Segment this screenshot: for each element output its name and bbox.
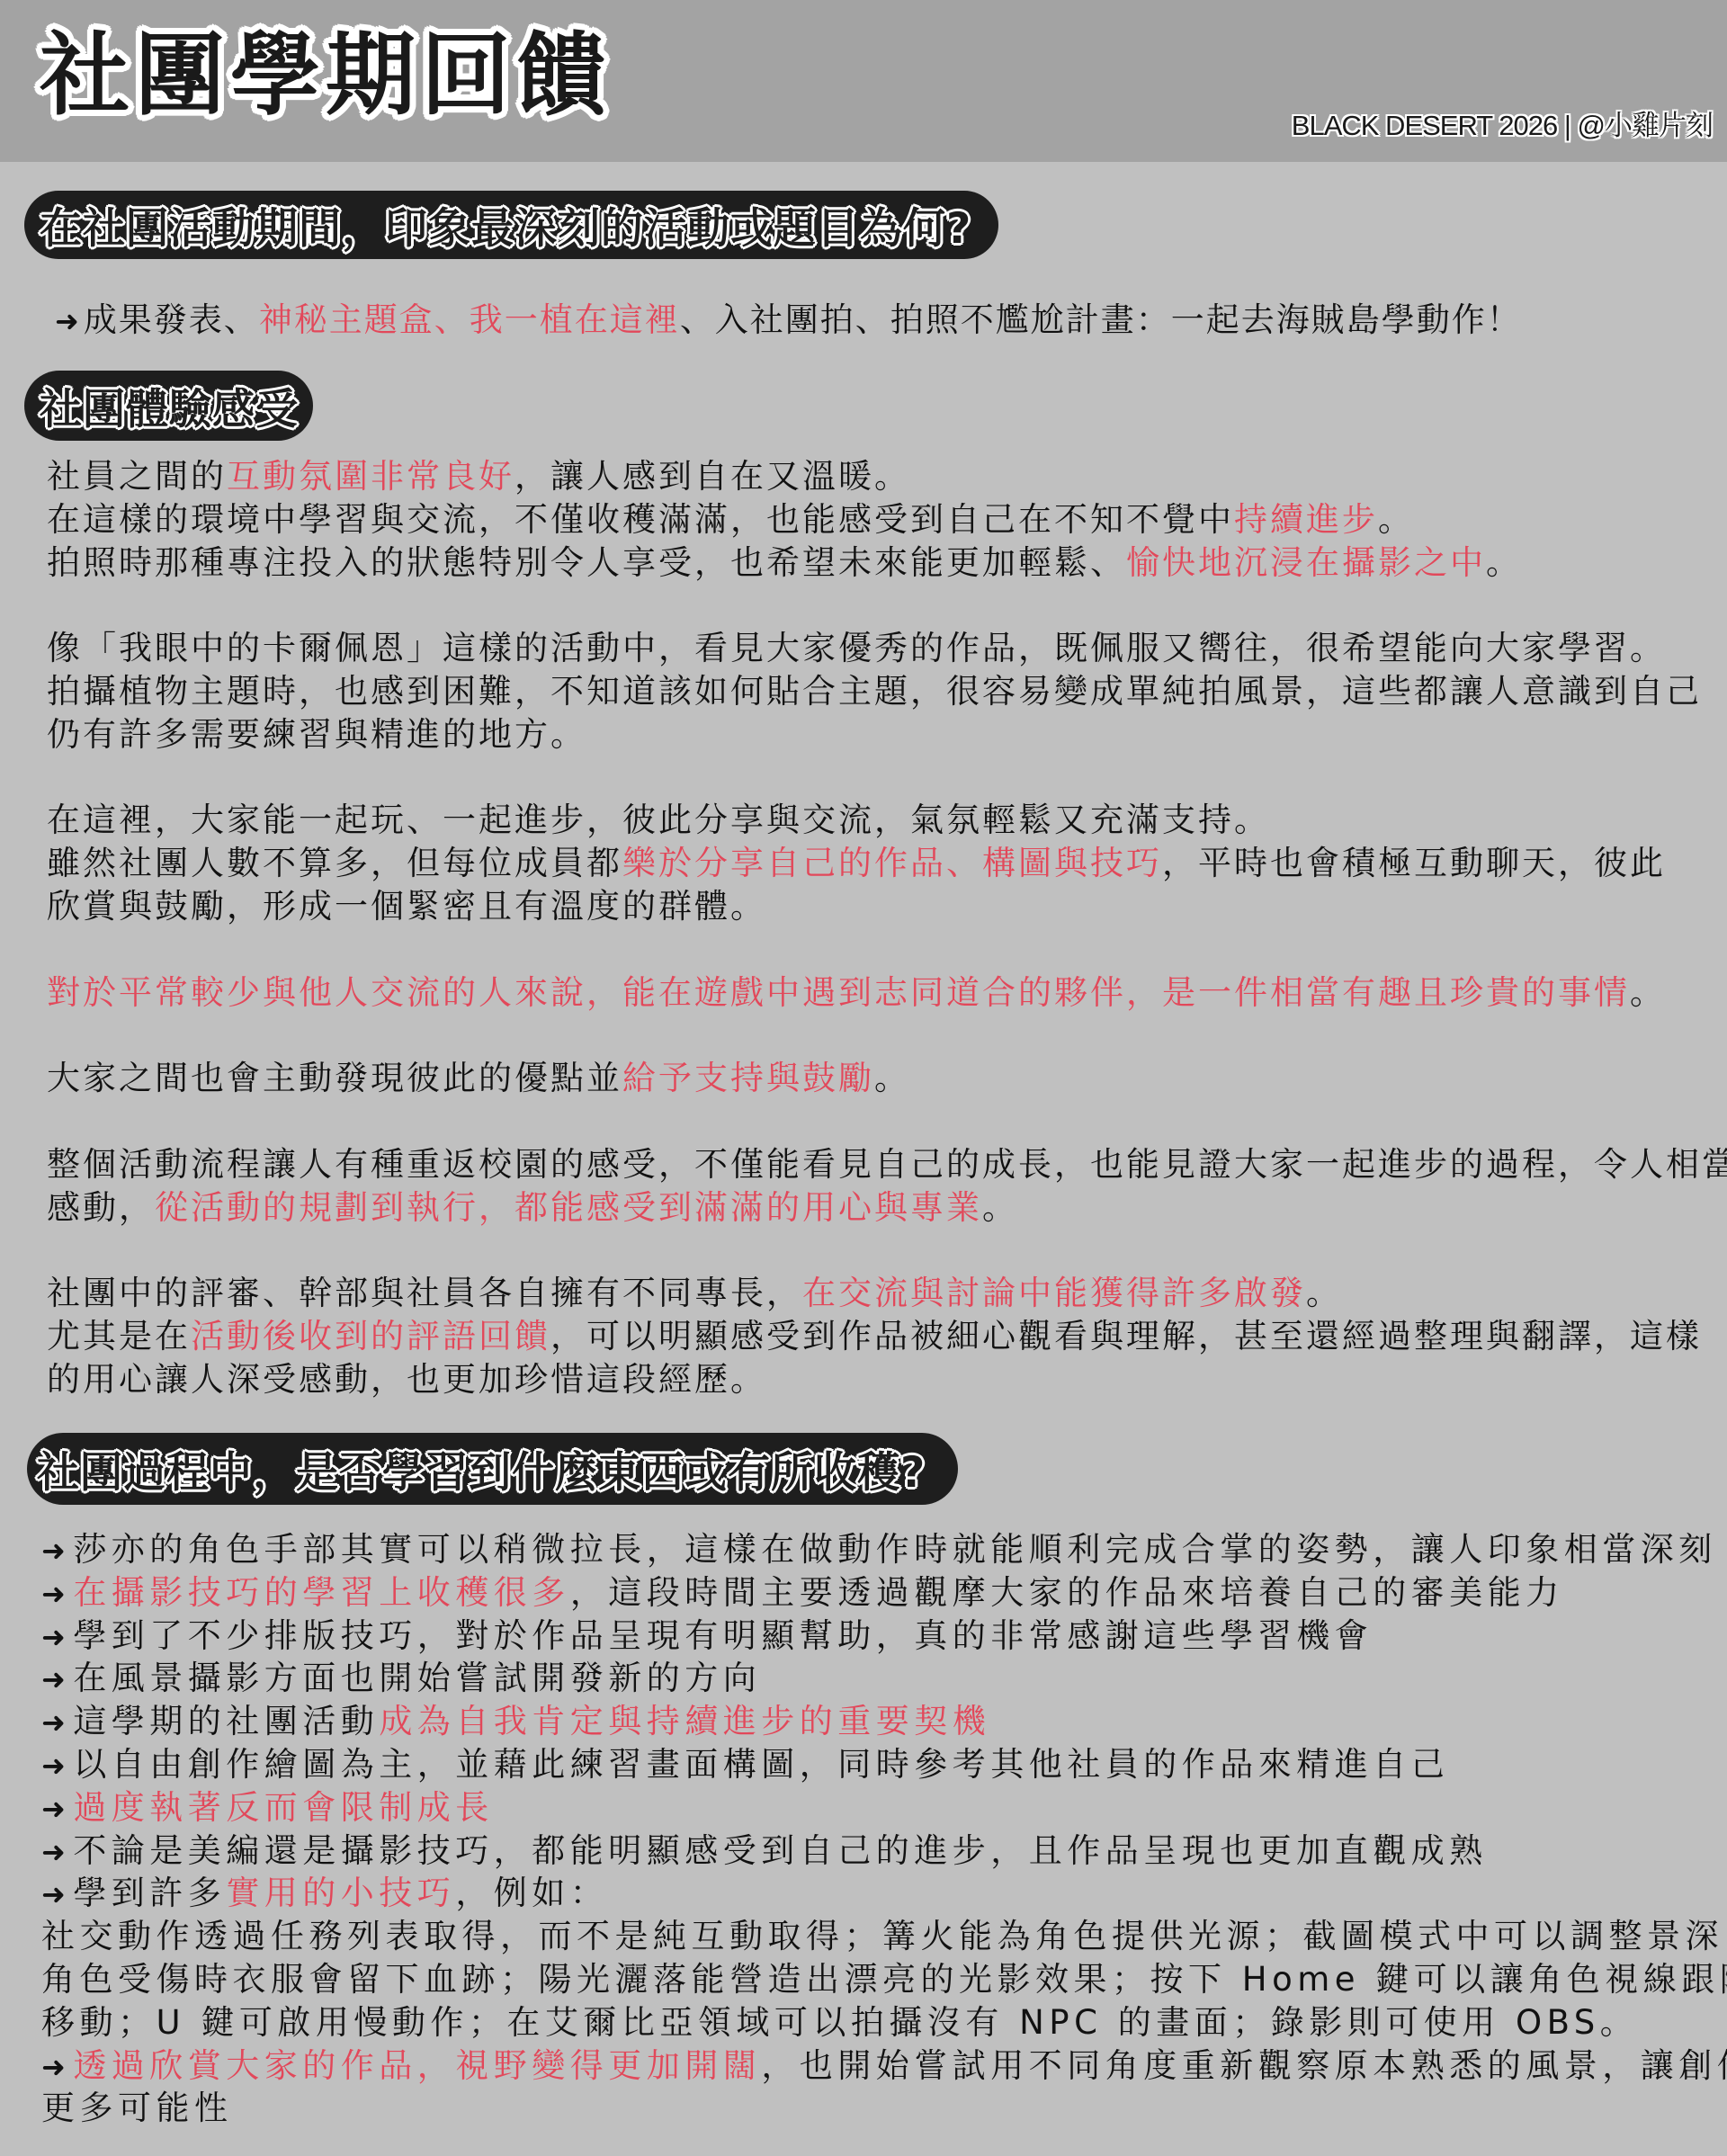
text-line: 拍照時那種專注投入的狀態特別令人享受，也希望未來能更加輕鬆、愉快地沉浸在攝影之中… bbox=[47, 541, 1727, 585]
highlight-text: 持續進步 bbox=[1234, 500, 1378, 539]
text-line: 在這裡，大家能一起玩、一起進步，彼此分享與交流，氣氛輕鬆又充滿支持。 bbox=[47, 799, 1727, 842]
text-line: 感動，從活動的規劃到執行，都能感受到滿滿的用心與專業。 bbox=[47, 1186, 1727, 1230]
highlight-text: 成為自我肯定與持續進步的重要契機 bbox=[379, 1702, 990, 1740]
text-segment: ，也開始嘗試用不同角度重新觀察原本熟悉的風景，讓創作有了 bbox=[761, 2046, 1727, 2085]
paragraph: 整個活動流程讓人有種重返校園的感受，不僅能看見自己的成長，也能見證大家一起進步的… bbox=[47, 1143, 1727, 1230]
text-segment: 感動， bbox=[47, 1188, 155, 1227]
section-heading-text: 在社團活動期間，印象最深刻的活動或題目為何? bbox=[40, 195, 971, 255]
text-segment: 大家之間也會主動發現彼此的優點並 bbox=[47, 1059, 622, 1097]
arrow-icon: ➜ bbox=[55, 304, 81, 338]
list-item: ➜過度執著反而會限制成長 bbox=[41, 1786, 1727, 1829]
text-segment: ，平時也會積極互動聊天，彼此 bbox=[1162, 844, 1666, 882]
list-item: ➜透過欣賞大家的作品，視野變得更加開闊，也開始嘗試用不同角度重新觀察原本熟悉的風… bbox=[41, 2044, 1727, 2131]
text-line: 社團中的評審、幹部與社員各自擁有不同專長，在交流與討論中能獲得許多啟發。 bbox=[47, 1272, 1727, 1315]
learning-list: ➜莎亦的角色手部其實可以稍微拉長，這樣在做動作時就能順利完成合掌的姿勢，讓人印象… bbox=[41, 1528, 1727, 2130]
highlight-text: 對於平常較少與他人交流的人來說，能在遊戲中遇到志同道合的夥伴，是一件相當有趣且珍… bbox=[47, 973, 1630, 1012]
text-segment: 像「我眼中的卡爾佩恩」這樣的活動中，看見大家優秀的作品，既佩服又嚮往，很希望能向… bbox=[47, 629, 1666, 667]
experience-body: 社員之間的互動氛圍非常良好，讓人感到自在又溫暖。 在這樣的環境中學習與交流，不僅… bbox=[47, 455, 1727, 1444]
text-line: 像「我眼中的卡爾佩恩」這樣的活動中，看見大家優秀的作品，既佩服又嚮往，很希望能向… bbox=[47, 627, 1727, 670]
text-segment: 。 bbox=[1486, 543, 1522, 582]
paragraph: 像「我眼中的卡爾佩恩」這樣的活動中，看見大家優秀的作品，既佩服又嚮往，很希望能向… bbox=[47, 627, 1727, 756]
highlight-text: 活動後收到的評語回饋 bbox=[191, 1317, 550, 1355]
text-segment: 在這樣的環境中學習與交流，不僅收穫滿滿，也能感受到自己在不知不覺中 bbox=[47, 500, 1234, 539]
text-segment: 拍照時那種專注投入的狀態特別令人享受，也希望未來能更加輕鬆、 bbox=[47, 543, 1126, 582]
text-segment: 角色受傷時衣服會留下血跡；陽光灑落能營造出漂亮的光影效果；按下 Home 鍵可以… bbox=[41, 1960, 1727, 1999]
text-segment: 。 bbox=[1306, 1274, 1342, 1312]
list-item: ➜不論是美編還是攝影技巧，都能明顯感受到自己的進步，且作品呈現也更加直觀成熟 bbox=[41, 1829, 1727, 1873]
arrow-icon: ➜ bbox=[41, 1534, 70, 1568]
arrow-icon: ➜ bbox=[41, 1877, 70, 1911]
text-segment: ，讓人感到自在又溫暖。 bbox=[515, 457, 910, 496]
text-line: 對於平常較少與他人交流的人來說，能在遊戲中遇到志同道合的夥伴，是一件相當有趣且珍… bbox=[47, 971, 1727, 1015]
answer-line: ➜成果發表、神秘主題盒、我一植在這裡、入社團拍、拍照不尷尬計畫：一起去海賊島學動… bbox=[55, 299, 1522, 342]
page-title: 社團學期回饋 bbox=[40, 22, 612, 130]
text-line: 社交動作透過任務列表取得，而不是純互動取得；篝火能為角色提供光源；截圖模式中可以… bbox=[41, 1915, 1727, 1958]
highlight-text: 給予支持與鼓勵 bbox=[622, 1059, 874, 1097]
section-heading-learning: 社團過程中，是否學習到什麼東西或有所收穫? bbox=[27, 1433, 958, 1505]
text-line: 移動；U 鍵可啟用慢動作；在艾爾比亞領域可以拍攝沒有 NPC 的畫面；錄影則可使… bbox=[41, 2001, 1727, 2044]
highlight-text: 互動氛圍非常良好 bbox=[227, 457, 515, 496]
highlight-text: 實用的小技巧 bbox=[226, 1874, 455, 1912]
section-heading-impression: 在社團活動期間，印象最深刻的活動或題目為何? bbox=[24, 191, 998, 259]
paragraph: 對於平常較少與他人交流的人來說，能在遊戲中遇到志同道合的夥伴，是一件相當有趣且珍… bbox=[47, 971, 1727, 1015]
paragraph: 大家之間也會主動發現彼此的優點並給予支持與鼓勵。 bbox=[47, 1057, 1727, 1100]
highlight-text: 在攝影技巧的學習上收穫很多 bbox=[73, 1573, 570, 1612]
text-line: 拍攝植物主題時，也感到困難，不知道該如何貼合主題，很容易變成單純拍風景，這些都讓… bbox=[47, 670, 1727, 713]
text-line: 整個活動流程讓人有種重返校園的感受，不僅能看見自己的成長，也能見證大家一起進步的… bbox=[47, 1143, 1727, 1186]
text-line: 的用心讓人深受感動，也更加珍惜這段經歷。 bbox=[47, 1358, 1727, 1401]
text-segment: 的用心讓人深受感動，也更加珍惜這段經歷。 bbox=[47, 1360, 766, 1399]
arrow-icon: ➜ bbox=[41, 1662, 70, 1696]
text-segment: 社交動作透過任務列表取得，而不是純互動取得；篝火能為角色提供光源；截圖模式中可以… bbox=[41, 1917, 1727, 1955]
text-segment: 整個活動流程讓人有種重返校園的感受，不僅能看見自己的成長，也能見證大家一起進步的… bbox=[47, 1145, 1727, 1184]
highlight-text: 從活動的規劃到執行，都能感受到滿滿的用心與專業 bbox=[155, 1188, 982, 1227]
text-segment: 雖然社團人數不算多，但每位成員都 bbox=[47, 844, 622, 882]
text-line: 大家之間也會主動發現彼此的優點並給予支持與鼓勵。 bbox=[47, 1057, 1727, 1100]
text-segment: 移動；U 鍵可啟用慢動作；在艾爾比亞領域可以拍攝沒有 NPC 的畫面；錄影則可使… bbox=[41, 2003, 1638, 2042]
text-segment: 學到了不少排版技巧，對於作品呈現有明顯幫助，真的非常感謝這些學習機會 bbox=[73, 1616, 1373, 1655]
text-segment: 社團中的評審、幹部與社員各自擁有不同專長， bbox=[47, 1274, 802, 1312]
text-segment: 。 bbox=[1378, 500, 1414, 539]
highlight-text: 愉快地沉浸在攝影之中 bbox=[1126, 543, 1486, 582]
text-line: 更多可能性 bbox=[41, 2087, 1727, 2130]
paragraph: 在這裡，大家能一起玩、一起進步，彼此分享與交流，氣氛輕鬆又充滿支持。 雖然社團人… bbox=[47, 799, 1727, 927]
text-segment: 。 bbox=[1630, 973, 1666, 1012]
list-item: ➜學到了不少排版技巧，對於作品呈現有明顯幫助，真的非常感謝這些學習機會 bbox=[41, 1615, 1727, 1658]
list-item: ➜以自由創作繪圖為主，並藉此練習畫面構圖，同時參考其他社員的作品來精進自己 bbox=[41, 1743, 1727, 1786]
paragraph: 社團中的評審、幹部與社員各自擁有不同專長，在交流與討論中能獲得許多啟發。 尤其是… bbox=[47, 1272, 1727, 1400]
arrow-icon: ➜ bbox=[41, 2050, 70, 2084]
list-item: ➜這學期的社團活動成為自我肯定與持續進步的重要契機 bbox=[41, 1700, 1727, 1743]
text-segment: 更多可能性 bbox=[41, 2089, 233, 2127]
text-segment: 在這裡，大家能一起玩、一起進步，彼此分享與交流，氣氛輕鬆又充滿支持。 bbox=[47, 801, 1270, 839]
text-segment: ，例如： bbox=[455, 1874, 608, 1912]
arrow-icon: ➜ bbox=[41, 1620, 70, 1654]
text-segment: ，這段時間主要透過觀摩大家的作品來培養自己的審美能力 bbox=[570, 1573, 1564, 1612]
arrow-icon: ➜ bbox=[41, 1577, 70, 1611]
text-segment: 不論是美編還是攝影技巧，都能明顯感受到自己的進步，且作品呈現也更加直觀成熟 bbox=[73, 1831, 1488, 1870]
text-line: 角色受傷時衣服會留下血跡；陽光灑落能營造出漂亮的光影效果；按下 Home 鍵可以… bbox=[41, 1958, 1727, 2001]
text-segment: 尤其是在 bbox=[47, 1317, 191, 1355]
text-line: ➜學到許多實用的小技巧，例如： bbox=[41, 1872, 1727, 1915]
text-line: 欣賞與鼓勵，形成一個緊密且有溫度的群體。 bbox=[47, 885, 1727, 928]
header-banner: 社團學期回饋 BLACK DESERT 2026 | @小雞片刻 bbox=[0, 0, 1727, 162]
arrow-icon: ➜ bbox=[41, 1705, 70, 1740]
text-segment: 學到許多 bbox=[73, 1874, 226, 1912]
section-heading-experience: 社團體驗感受 bbox=[24, 371, 313, 441]
credit-label: BLACK DESERT 2026 | @小雞片刻 bbox=[1292, 108, 1713, 144]
section-heading-text: 社團過程中，是否學習到什麼東西或有所收穫? bbox=[37, 1439, 926, 1499]
text-segment: 莎亦的角色手部其實可以稍微拉長，這樣在做動作時就能順利完成合掌的姿勢，讓人印象相… bbox=[73, 1530, 1717, 1569]
text-segment: 這學期的社團活動 bbox=[73, 1702, 379, 1740]
text-line: 尤其是在活動後收到的評語回饋，可以明顯感受到作品被細心觀看與理解，甚至還經過整理… bbox=[47, 1315, 1727, 1358]
text-line: 在這樣的環境中學習與交流，不僅收穫滿滿，也能感受到自己在不知不覺中持續進步。 bbox=[47, 498, 1727, 541]
text-segment: 以自由創作繪圖為主，並藉此練習畫面構圖，同時參考其他社員的作品來精進自己 bbox=[73, 1745, 1449, 1784]
highlight-text: 神秘主題盒、我一植在這裡 bbox=[259, 300, 680, 339]
text-segment: 成果發表、 bbox=[84, 300, 259, 339]
text-segment: 拍攝植物主題時，也感到困難，不知道該如何貼合主題，很容易變成單純拍風景，這些都讓… bbox=[47, 672, 1702, 711]
section-heading-text: 社團體驗感受 bbox=[40, 376, 299, 436]
arrow-icon: ➜ bbox=[41, 1792, 70, 1826]
text-line: 社員之間的互動氛圍非常良好，讓人感到自在又溫暖。 bbox=[47, 455, 1727, 498]
arrow-icon: ➜ bbox=[41, 1835, 70, 1869]
feedback-page: 社團學期回饋 BLACK DESERT 2026 | @小雞片刻 在社團活動期間… bbox=[0, 0, 1727, 2156]
list-item: ➜在風景攝影方面也開始嘗試開發新的方向 bbox=[41, 1657, 1727, 1700]
text-segment: ，可以明顯感受到作品被細心觀看與理解，甚至還經過整理與翻譯，這樣 bbox=[550, 1317, 1702, 1355]
text-segment: 、入社團拍、拍照不尷尬計畫：一起去海賊島學動作！ bbox=[680, 300, 1522, 339]
list-item: ➜莎亦的角色手部其實可以稍微拉長，這樣在做動作時就能順利完成合掌的姿勢，讓人印象… bbox=[41, 1528, 1727, 1571]
text-line: ➜透過欣賞大家的作品，視野變得更加開闊，也開始嘗試用不同角度重新觀察原本熟悉的風… bbox=[41, 2044, 1727, 2088]
text-line: 仍有許多需要練習與精進的地方。 bbox=[47, 713, 1727, 756]
highlight-text: 過度執著反而會限制成長 bbox=[73, 1788, 494, 1827]
text-segment: 欣賞與鼓勵，形成一個緊密且有溫度的群體。 bbox=[47, 887, 766, 926]
text-line: 雖然社團人數不算多，但每位成員都樂於分享自己的作品、構圖與技巧，平時也會積極互動… bbox=[47, 842, 1727, 885]
text-segment: 仍有許多需要練習與精進的地方。 bbox=[47, 715, 586, 754]
highlight-text: 在交流與討論中能獲得許多啟發 bbox=[802, 1274, 1306, 1312]
list-item: ➜在攝影技巧的學習上收穫很多，這段時間主要透過觀摩大家的作品來培養自己的審美能力 bbox=[41, 1571, 1727, 1615]
text-segment: 在風景攝影方面也開始嘗試開發新的方向 bbox=[73, 1659, 761, 1697]
text-segment: 。 bbox=[874, 1059, 910, 1097]
highlight-text: 透過欣賞大家的作品，視野變得更加開闊 bbox=[73, 2046, 761, 2085]
arrow-icon: ➜ bbox=[41, 1749, 70, 1783]
list-item: ➜學到許多實用的小技巧，例如： 社交動作透過任務列表取得，而不是純互動取得；篝火… bbox=[41, 1872, 1727, 2044]
paragraph: 社員之間的互動氛圍非常良好，讓人感到自在又溫暖。 在這樣的環境中學習與交流，不僅… bbox=[47, 455, 1727, 584]
highlight-text: 樂於分享自己的作品、構圖與技巧 bbox=[622, 844, 1162, 882]
text-segment: 社員之間的 bbox=[47, 457, 227, 496]
impression-answer: ➜成果發表、神秘主題盒、我一植在這裡、入社團拍、拍照不尷尬計畫：一起去海賊島學動… bbox=[55, 299, 1522, 342]
text-segment: 。 bbox=[982, 1188, 1018, 1227]
